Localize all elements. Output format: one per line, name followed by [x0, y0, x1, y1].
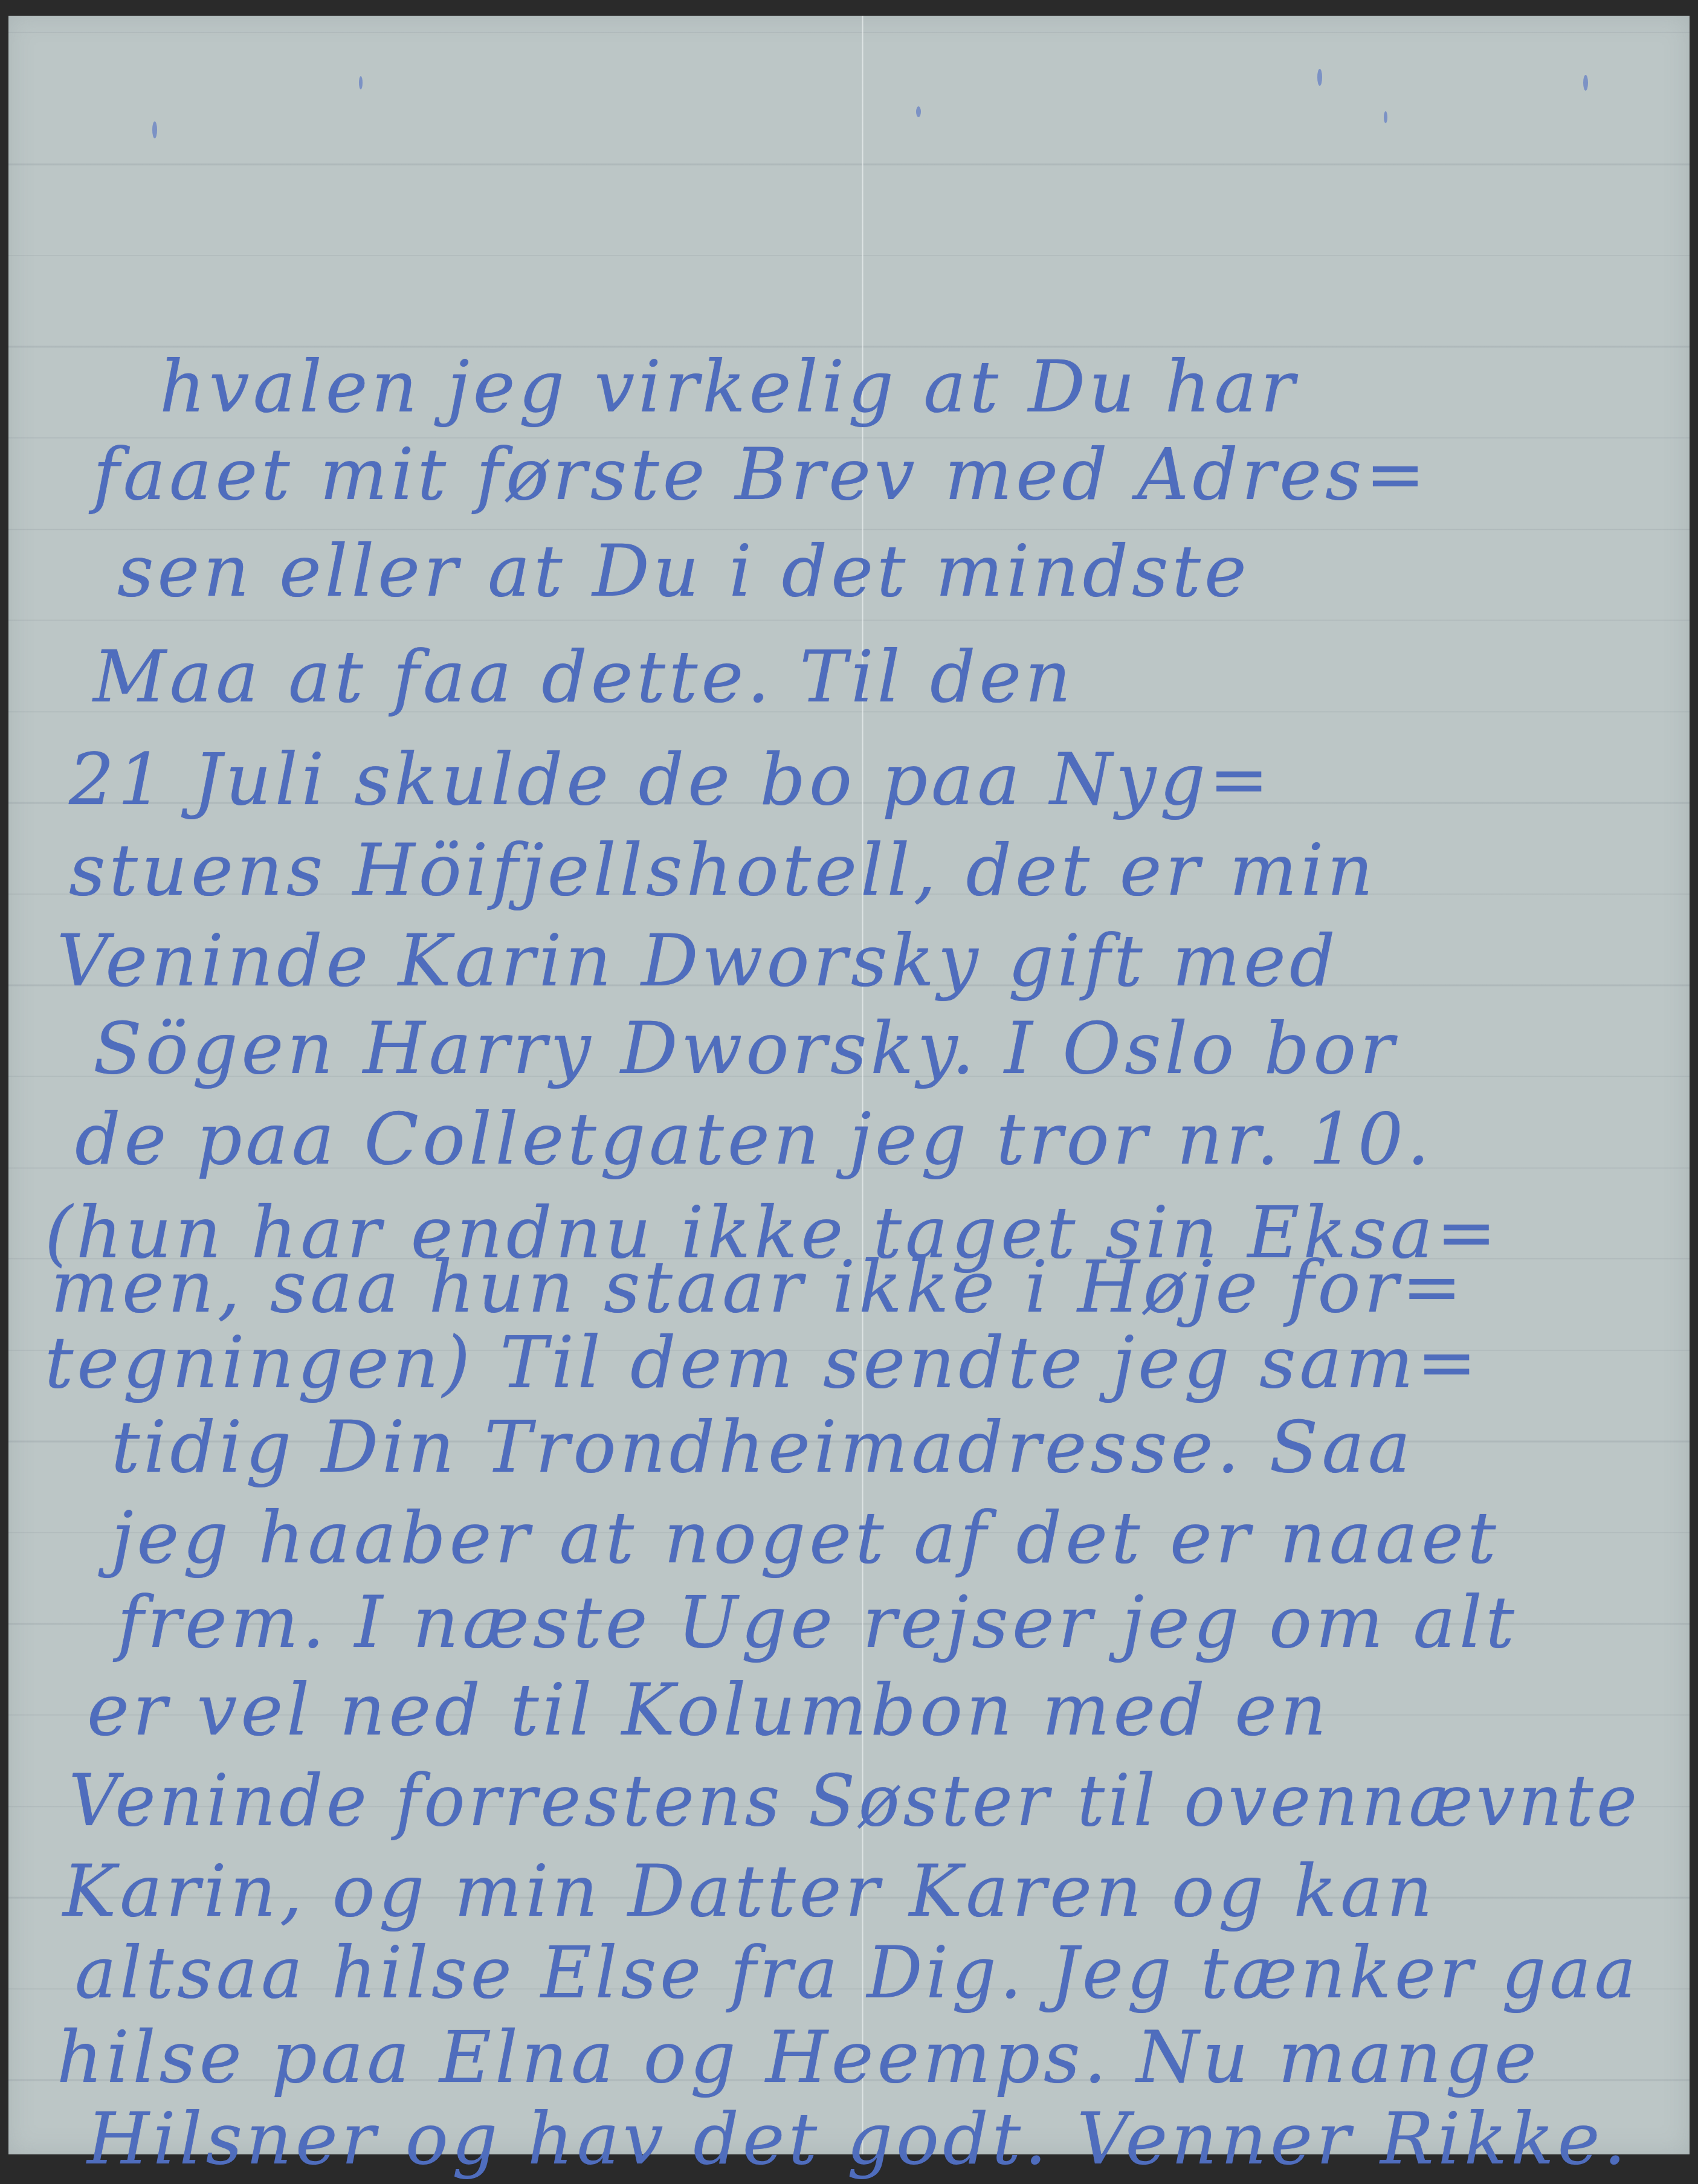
letter-line: frem. I næste Uge rejser jeg om alt — [117, 1586, 1518, 1658]
letter-line: hvalen jeg virkelig at Du har — [160, 351, 1298, 422]
letter-line-signature: Hilsner og hav det godt. Venner Rikke. — [87, 2103, 1630, 2174]
letter-line: altsaa hilse Else fra Dig. Jeg tænker ga… — [75, 1937, 1639, 2008]
letter-line: Karin, og min Datter Karen og kan — [63, 1855, 1436, 1927]
letter-line: Sögen Harry Dworsky. I Oslo bor — [93, 1013, 1398, 1084]
letter-line: 21 Juli skulde de bo paa Nyg= — [69, 744, 1273, 815]
letter-line: tegningen) Til dem sendte jeg sam= — [45, 1327, 1480, 1398]
letter-line: er vel ned til Kolumbon med en — [87, 1674, 1330, 1745]
letter-line: jeg haaber at noget af det er naaet — [111, 1502, 1500, 1573]
letter-line: Veninde forrestens Søster til ovennævnte — [69, 1765, 1641, 1836]
letter-line: hilse paa Elna og Heemps. Nu mange — [57, 2021, 1540, 2093]
letter-line: stuens Höifjellshotell, det er min — [69, 834, 1377, 906]
letter-line: Veninde Karin Dworsky gift med — [57, 925, 1338, 996]
letter-line: men, saa hun staar ikke i Høje for= — [51, 1251, 1465, 1322]
letter-line: de paa Colletgaten jeg tror nr. 10. — [75, 1103, 1433, 1174]
letter-page: hvalen jeg virkelig at Du har faaet mit … — [8, 16, 1690, 2154]
letter-line: sen eller at Du i det mindste — [117, 535, 1250, 607]
letter-line: tidig Din Trondheimadresse. Saa — [111, 1411, 1414, 1483]
letter-line: Maa at faa dette. Til den — [93, 641, 1074, 712]
letter-line: faaet mit første Brev med Adres= — [93, 439, 1428, 510]
letter-body: hvalen jeg virkelig at Du har faaet mit … — [8, 16, 1690, 2154]
